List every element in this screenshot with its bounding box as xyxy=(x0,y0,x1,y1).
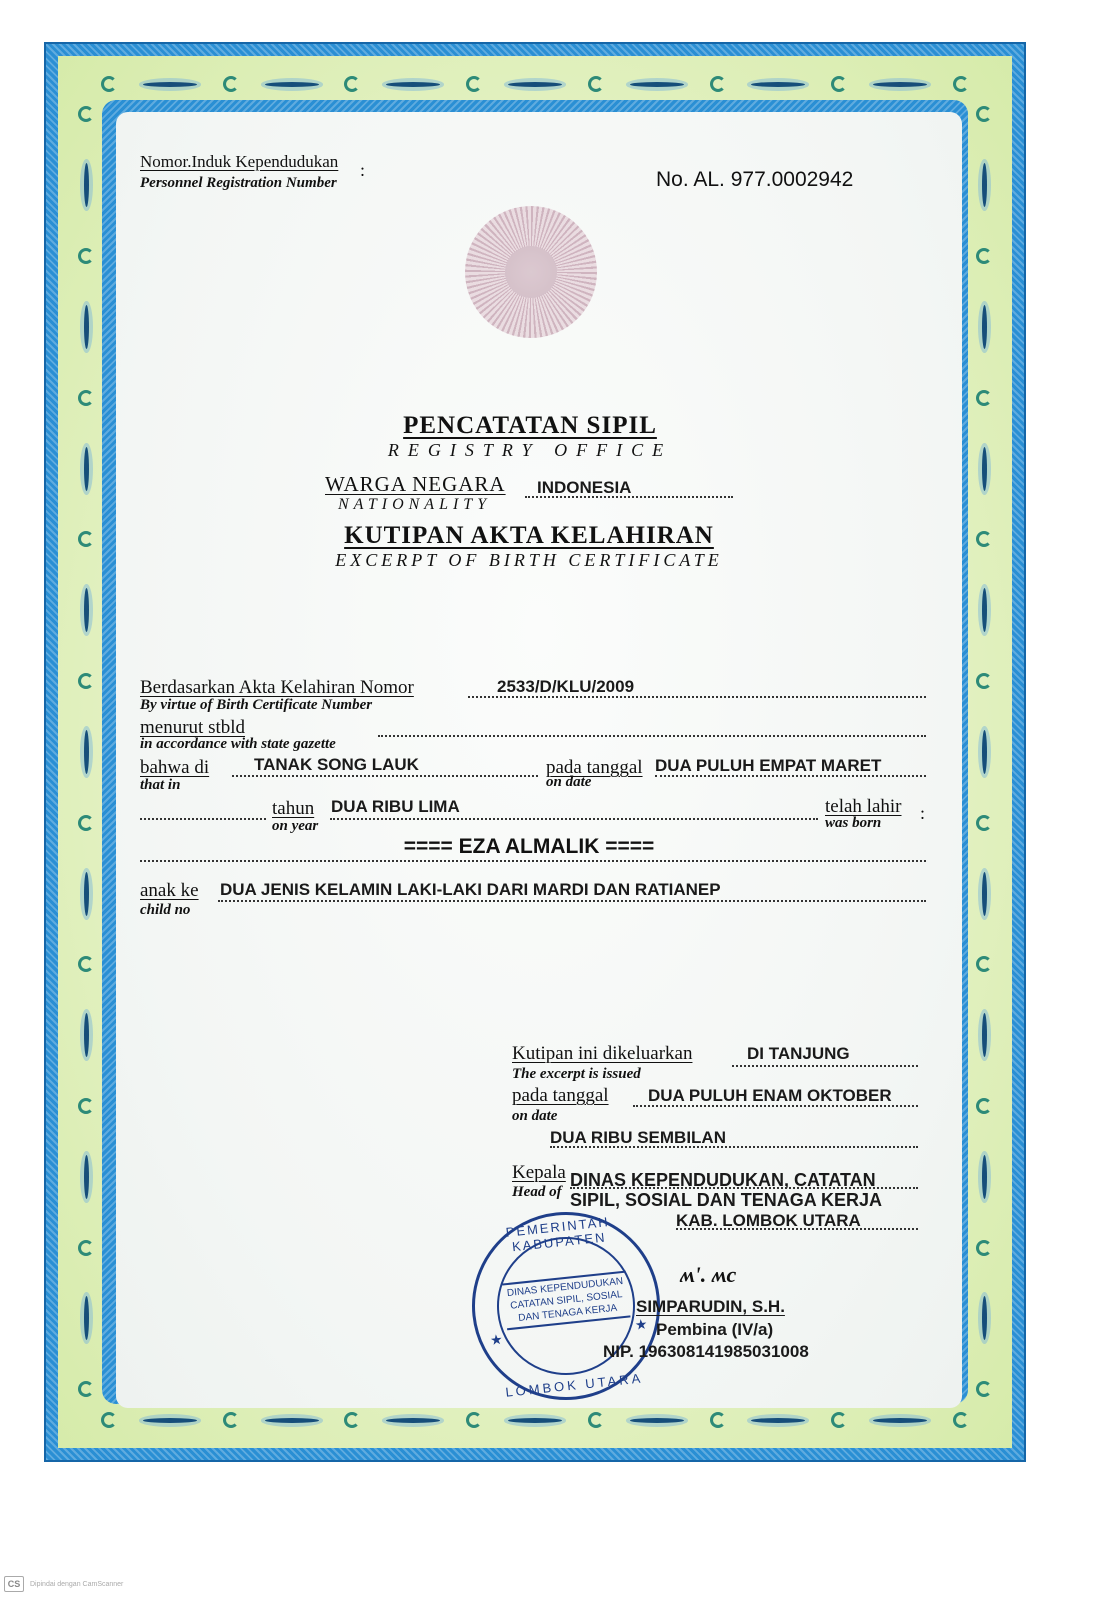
state-gazette-dotted-line xyxy=(378,735,926,737)
birth-year-lead-dotted-line xyxy=(140,818,266,820)
nationality-sublabel: NATIONALITY xyxy=(338,496,491,514)
birth-year-sublabel: on year xyxy=(272,818,318,835)
birth-place-sublabel: that in xyxy=(140,777,180,794)
birth-year-label: tahun xyxy=(272,798,314,820)
certificate-number-dotted-line xyxy=(468,696,926,698)
embossed-seal-icon xyxy=(465,206,597,338)
issued-at-label: Kutipan ini dikeluarkan xyxy=(512,1043,692,1065)
certificate-number-value: 2533/D/KLU/2009 xyxy=(497,677,634,697)
head-of-line2: SIPIL, SOSIAL DAN TENAGA KERJA xyxy=(570,1190,882,1211)
birth-date-sublabel: on date xyxy=(546,774,591,791)
birth-place-dotted-line xyxy=(232,775,538,777)
nationality-label: WARGA NEGARA xyxy=(325,472,506,497)
birth-date-dotted-line xyxy=(655,775,926,777)
document-subtitle: EXCERPT OF BIRTH CERTIFICATE xyxy=(0,550,1058,571)
border-ornament-col-right xyxy=(972,86,996,1418)
birth-place-label: bahwa di xyxy=(140,757,209,779)
child-no-label: anak ke xyxy=(140,880,199,902)
child-name-dotted-line xyxy=(140,860,926,862)
child-no-sublabel: child no xyxy=(140,902,190,919)
border-ornament-col-left xyxy=(74,86,98,1418)
was-born-sublabel: was born xyxy=(825,815,881,832)
child-no-dotted-line xyxy=(218,900,926,902)
child-no-value: DUA JENIS KELAMIN LAKI-LAKI DARI MARDI D… xyxy=(220,880,721,900)
certificate-number-sublabel: By virtue of Birth Certificate Number xyxy=(140,697,372,714)
issued-year-dotted-line xyxy=(550,1146,918,1148)
border-ornament-row-top xyxy=(88,72,982,96)
personnel-number-sublabel: Personnel Registration Number xyxy=(140,175,337,192)
child-name: ==== EZA ALMALIK ==== xyxy=(0,835,1058,859)
registry-office-title: PENCATATAN SIPIL xyxy=(0,412,1060,440)
signature: ʍ'. ʍc xyxy=(680,1262,736,1288)
scanner-watermark: CS Dipindai dengan CamScanner xyxy=(4,1576,123,1592)
certificate-number-label: Berdasarkan Akta Kelahiran Nomor xyxy=(140,677,414,699)
registry-office-subtitle: REGISTRY OFFICE xyxy=(0,440,1060,461)
birth-year-value: DUA RIBU LIMA xyxy=(331,797,460,817)
issued-at-value: DI TANJUNG xyxy=(747,1044,850,1064)
camscanner-logo-icon: CS xyxy=(4,1576,24,1592)
issued-date-value: DUA PULUH ENAM OKTOBER xyxy=(648,1086,892,1106)
border-ornament-row-bottom xyxy=(88,1408,982,1432)
was-born-colon: : xyxy=(920,803,925,824)
birth-place-value: TANAK SONG LAUK xyxy=(254,755,419,775)
registration-number: No. AL. 977.0002942 xyxy=(656,168,853,192)
issued-year-value: DUA RIBU SEMBILAN xyxy=(550,1128,726,1148)
head-of-label: Kepala xyxy=(512,1162,566,1184)
issued-at-sublabel: The excerpt is issued xyxy=(512,1066,641,1083)
scanner-watermark-text: Dipindai dengan CamScanner xyxy=(30,1581,123,1588)
head-of-dotted-line-3 xyxy=(676,1228,918,1230)
issued-date-dotted-line xyxy=(633,1105,918,1107)
nationality-value: INDONESIA xyxy=(537,478,631,498)
state-gazette-sublabel: in accordance with state gazette xyxy=(140,736,336,753)
issued-date-sublabel: on date xyxy=(512,1108,557,1125)
issued-at-dotted-line xyxy=(732,1065,918,1067)
official-nip: NIP. 196308141985031008 xyxy=(603,1342,809,1362)
personnel-number-label: Nomor.Induk Kependudukan xyxy=(140,152,338,172)
issued-date-label: pada tanggal xyxy=(512,1085,609,1107)
head-of-dotted-line-1 xyxy=(570,1187,918,1189)
official-name: SIMPARUDIN, S.H. xyxy=(636,1297,785,1317)
personnel-number-colon: : xyxy=(360,160,365,181)
birth-date-value: DUA PULUH EMPAT MARET xyxy=(655,756,881,776)
stamp-star-icon: ★ xyxy=(634,1317,648,1335)
head-of-sublabel: Head of xyxy=(512,1184,562,1201)
official-rank: Pembina (IV/a) xyxy=(656,1320,773,1340)
birth-year-dotted-line xyxy=(330,818,818,820)
nationality-dotted-line xyxy=(525,496,733,498)
stamp-star-icon: ★ xyxy=(489,1332,503,1350)
document-title: KUTIPAN AKTA KELAHIRAN xyxy=(0,522,1058,550)
